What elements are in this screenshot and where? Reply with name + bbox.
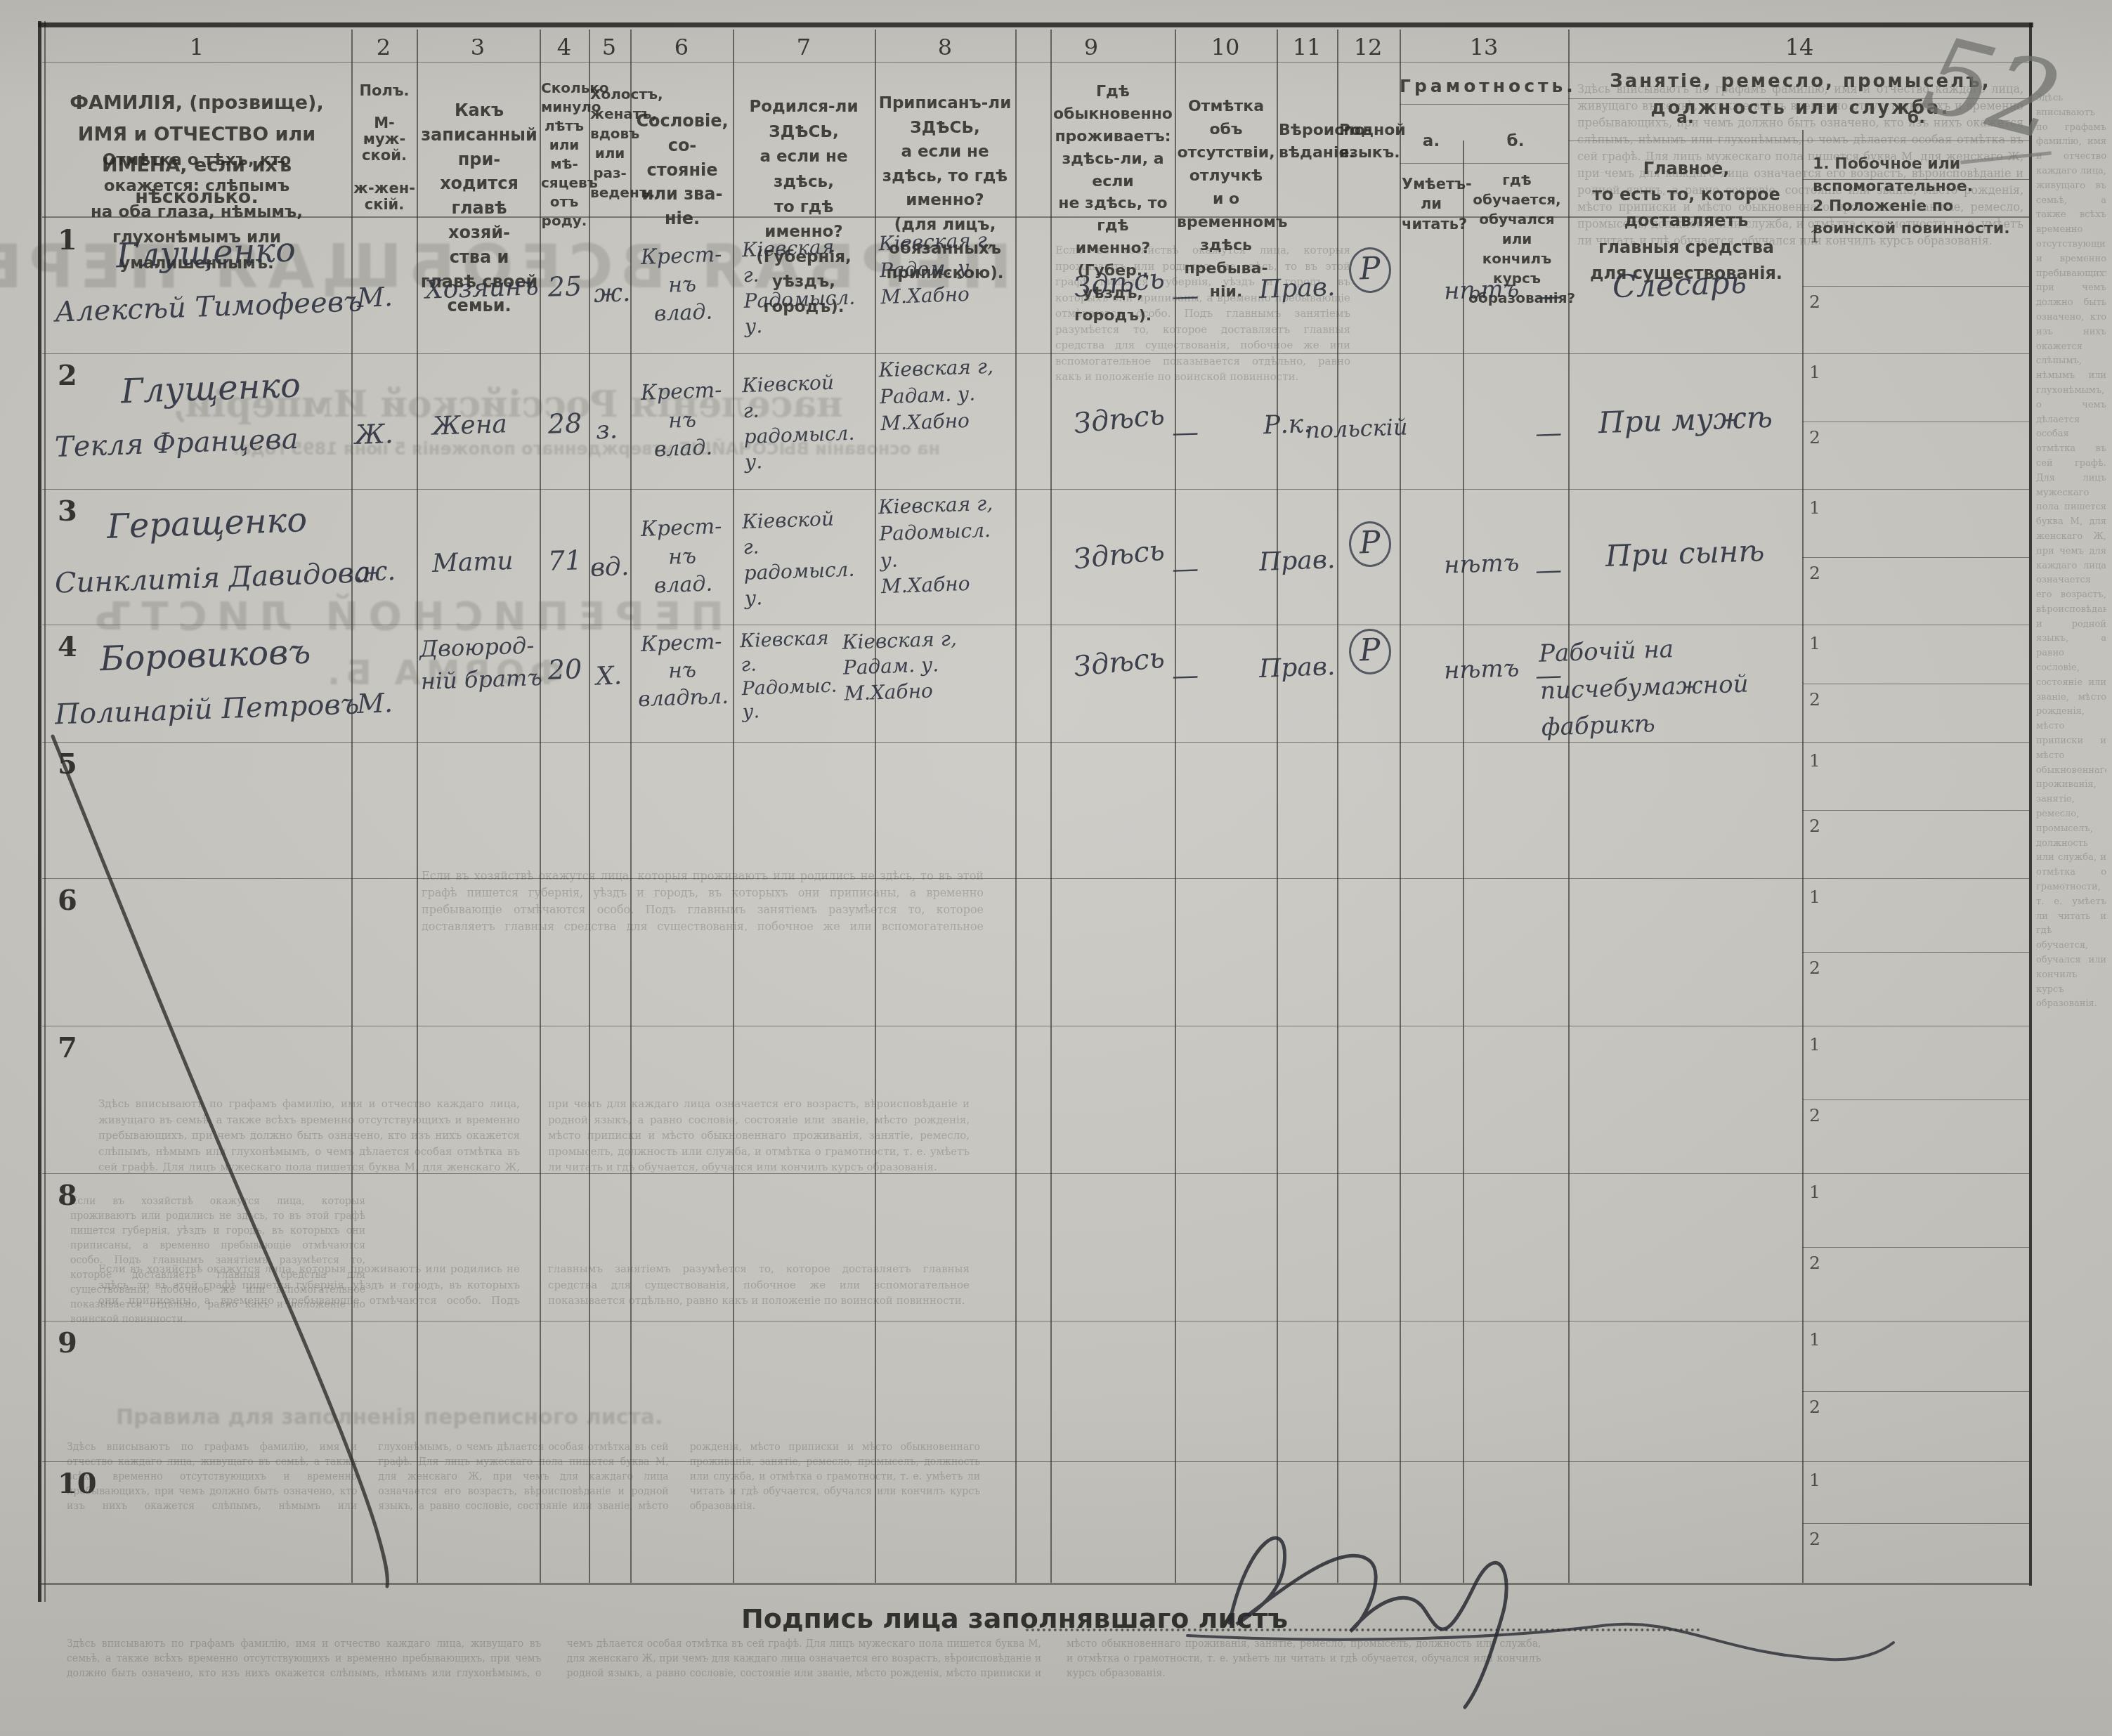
row-line (42, 1026, 2030, 1026)
setoff-text-row10: Здѣсь вписываютъ по графамъ фамилію, имя… (67, 1440, 980, 1574)
entry-estate: Крест- нъ влад. (634, 241, 730, 329)
entry-registration: Кіевская г, Радомысл. у. М.Хабно (878, 490, 1015, 601)
grid-line (875, 30, 876, 1583)
entry-relation: Хозяинъ (424, 270, 539, 306)
column-number-3: 3 (450, 34, 506, 60)
grid-line (1175, 30, 1176, 1583)
grid-line-14ab (1802, 130, 1804, 1583)
entry-age: 25 (542, 270, 588, 305)
entry-absence: — (1171, 552, 1199, 586)
entry-sex: Ж. (354, 417, 393, 452)
header-col5: Холостъ, женатъ, вдовъ или раз- веденъ. (590, 84, 630, 202)
entry-absence: — (1171, 279, 1199, 313)
grid-line (1337, 30, 1338, 1583)
subcell-label-2: 2 (1809, 816, 1820, 836)
grid-line (589, 30, 590, 1583)
entry-religion: Прав. (1258, 271, 1336, 306)
header-col6: Сословіе, со- стояніе или зва- ніе. (632, 109, 732, 231)
entry-religion: Прав. (1258, 651, 1336, 685)
entry-age: 20 (542, 653, 588, 688)
subcell-label-2: 2 (1809, 958, 1820, 978)
entry-occupation: При мужѣ (1598, 399, 1773, 442)
subcell-label-2: 2 (1809, 427, 1820, 448)
entry-literacy-read: нѣтъ (1443, 548, 1520, 580)
grid-line (1277, 30, 1278, 1583)
subrow-line (1802, 1099, 2030, 1100)
header-col10: Отмѣтка объ отсутствіи, отлучкѣ и о врем… (1177, 95, 1275, 304)
header-col11: Вѣроиспо- вѣданіе. (1279, 119, 1336, 164)
entry-language: Р (1348, 521, 1392, 568)
row-number-1: 1 (58, 223, 77, 256)
entry-age: 28 (542, 407, 588, 442)
subrow-line (1802, 1523, 2030, 1524)
subcell-label-2: 2 (1809, 1253, 1820, 1273)
column-number-12: 12 (1340, 34, 1396, 60)
entry-estate: Крест- нъ владѣл. (634, 628, 730, 714)
entry-estate: Крест- нъ влад. (634, 513, 730, 601)
setoff-text-right-margin: Здѣсь вписываютъ по графамъ фамилію, имя… (2036, 91, 2106, 1630)
grid-line (630, 30, 632, 1583)
entry-absence: — (1171, 415, 1199, 450)
grid-line (351, 30, 353, 1583)
row-line (42, 353, 2030, 354)
row-line (42, 1321, 2030, 1321)
census-form-page: ПЕРВАЯ ВСЕОБЩАЯ ПЕРЕПИСЬ населенія Россі… (0, 0, 2112, 1736)
entry-religion: Прав. (1258, 544, 1336, 578)
row-number-9: 9 (58, 1326, 77, 1359)
column-number-5: 5 (581, 34, 637, 60)
entry-language: Р (1348, 247, 1392, 294)
column-number-11: 11 (1279, 34, 1335, 60)
table-border-top (38, 22, 2033, 27)
entry-relation: Жена (431, 408, 507, 443)
header-col13-title: Грамотность. (1400, 74, 1568, 99)
header-col2: Полъ. М-муж- ской. ж-жен- скій. (353, 83, 416, 213)
entry-relation: Двоюрод- ній братъ (419, 629, 542, 698)
column-number-7: 7 (776, 34, 832, 60)
header-col13a-label: а. (1400, 130, 1463, 153)
subcell-label-2: 2 (1809, 1529, 1820, 1549)
row-line (42, 878, 2030, 879)
entry-literacy-education: — (1534, 279, 1563, 313)
table-border-bottom (39, 1583, 2032, 1585)
column-number-2: 2 (356, 34, 412, 60)
setoff-text-left-block: Если въ хозяйствѣ окажутся лица, которыя… (70, 1194, 365, 1426)
grid-line (42, 62, 2030, 63)
entry-surname: Глущенко (120, 365, 301, 413)
header-col14b-2: 2 Положеніе по воинской повинности. (1813, 195, 2025, 240)
subrow-line (1802, 952, 2030, 953)
entry-surname: Геращенко (106, 499, 308, 548)
subcell-label-1: 1 (1809, 497, 1820, 518)
subcell-label-1: 1 (1809, 1034, 1820, 1055)
row-line (42, 1461, 2030, 1462)
column-number-13: 13 (1456, 34, 1512, 60)
row-number-5: 5 (58, 748, 77, 781)
row-line (42, 489, 2030, 490)
entry-surname: Боровиковъ (99, 631, 311, 680)
entry-literacy-education: — (1534, 416, 1563, 450)
row-number-3: 3 (58, 495, 77, 528)
entry-literacy-education: — (1534, 553, 1563, 587)
row-line (42, 742, 2030, 743)
entry-estate: Крест- нъ влад. (634, 377, 730, 465)
entry-relation: Мати (431, 545, 514, 580)
entry-registration: Кіевская г, Радам. у. М.Хабно (842, 625, 999, 707)
row-number-8: 8 (58, 1179, 77, 1212)
subcell-label-1: 1 (1809, 1182, 1820, 1202)
subcell-label-1: 1 (1809, 1470, 1820, 1490)
entry-birthplace: Кіевская г. Радомысл. у. (742, 233, 872, 340)
row-line (42, 1173, 2030, 1174)
row-number-4: 4 (58, 630, 77, 663)
column-number-8: 8 (917, 34, 973, 60)
entry-language: Р (1348, 628, 1392, 675)
entry-birthplace: Кіевской г. радомысл. у. (742, 505, 872, 612)
entry-sex: ж. (356, 554, 396, 589)
table-border-left-inner (44, 21, 46, 1602)
subcell-label-2: 2 (1809, 1397, 1820, 1417)
entry-registration: Кіевская г, Радам. у. М.Хабно (878, 353, 1015, 437)
entry-occupation: При сынѣ (1605, 533, 1765, 575)
subcell-label-2: 2 (1809, 563, 1820, 583)
grid-line-13ab (1463, 141, 1464, 1583)
header-col4: Сколько минуло лѣтъ или мѣ- сяцевъ отъ р… (541, 79, 587, 230)
grid-line (733, 30, 734, 1583)
entry-marital: з. (595, 414, 618, 446)
setoff-text-row6: Если въ хозяйствѣ окажутся лица, которыя… (422, 868, 984, 931)
grid-line (1400, 163, 1568, 164)
table-border-right (2029, 22, 2032, 1586)
subrow-line (1802, 557, 2030, 558)
row-number-7: 7 (58, 1031, 77, 1064)
grid-line (1400, 30, 1401, 1583)
subcell-label-1: 1 (1809, 887, 1820, 907)
entry-marital: ж. (593, 277, 631, 310)
row-line (42, 625, 2030, 625)
entry-surname: Глущенко (115, 229, 296, 278)
table-border-left (38, 21, 41, 1602)
column-number-9: 9 (1063, 34, 1119, 60)
subcell-label-1: 1 (1809, 750, 1820, 771)
entry-sex: М. (356, 686, 393, 721)
subcell-label-1: 1 (1809, 226, 1820, 247)
entry-language: польскій (1305, 412, 1408, 444)
entry-literacy-read: нѣтъ (1443, 274, 1520, 306)
header-col14a-label: а. (1568, 107, 1802, 130)
entry-marital: вд. (589, 551, 630, 584)
entry-marital: Х. (595, 660, 622, 692)
entry-name: Полинарій Петровъ (54, 686, 360, 732)
grid-line (1015, 30, 1017, 1583)
row-number-6: 6 (58, 884, 77, 917)
entry-literacy-read: нѣтъ (1443, 653, 1520, 686)
entry-age: 71 (542, 544, 588, 579)
entry-registration: Кіевская г, Радом. у. М.Хабно (878, 226, 1015, 311)
subcell-label-1: 1 (1809, 362, 1820, 382)
row-number-10: 10 (58, 1467, 97, 1500)
subrow-line (1802, 422, 2030, 422)
column-number-10: 10 (1197, 34, 1253, 60)
header-col12: Родной языкъ. (1339, 119, 1398, 164)
grid-line (1568, 30, 1570, 1583)
grid-line (1400, 104, 1568, 105)
subrow-line (1802, 286, 2030, 287)
grid-line (540, 30, 541, 1583)
signature-dotted-line (1026, 1607, 1700, 1631)
row-number-2: 2 (58, 359, 77, 392)
subrow-line (1802, 1391, 2030, 1392)
column-number-1: 1 (169, 34, 225, 60)
entry-occupation: Слесарь (1612, 263, 1747, 307)
header-col13b-label: б. (1463, 130, 1568, 153)
setoff-text-bottom-strip: Здѣсь вписываютъ по графамъ фамилію, имя… (67, 1637, 2041, 1732)
subcell-label-1: 1 (1809, 1329, 1820, 1350)
subcell-label-2: 2 (1809, 1105, 1820, 1125)
entry-birthplace: Кіевской г. радомысл. у. (742, 369, 872, 476)
column-number-6: 6 (653, 34, 710, 60)
header-col13a: Умѣетъ- ли читать? (1402, 174, 1461, 234)
entry-sex: М. (356, 280, 393, 315)
grid-line (417, 30, 418, 1583)
entry-absence: — (1171, 658, 1199, 693)
grid-line (1050, 30, 1052, 1583)
subcell-label-2: 2 (1809, 292, 1820, 312)
entry-occupation: Рабочій на писчебумажной фабрикѣ (1538, 622, 1935, 747)
subrow-line (1802, 810, 2030, 811)
column-number-14: 14 (1771, 34, 1827, 60)
subrow-line (1802, 1247, 2030, 1248)
